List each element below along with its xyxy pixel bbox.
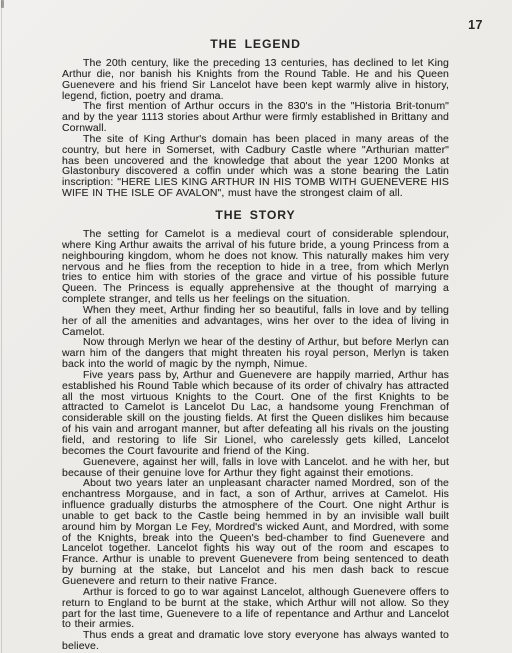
scan-speck-artifact <box>1 0 4 8</box>
section-title-story: THE STORY <box>62 208 449 222</box>
scanned-book-page: 17 THE LEGEND The 20th century, like the… <box>0 0 512 653</box>
story-paragraph-4: Five years pass by, Arthur and Guenevere… <box>62 370 449 457</box>
story-paragraph-2: When they meet, Arthur finding her so be… <box>62 305 449 338</box>
legend-paragraph-2: The first mention of Arthur occurs in th… <box>62 101 449 134</box>
story-paragraph-7: Arthur is forced to go to war against La… <box>62 587 449 630</box>
page-content: THE LEGEND The 20th century, like the pr… <box>62 37 449 652</box>
story-paragraph-5: Guenevere, against her will, falls in lo… <box>62 457 449 479</box>
story-paragraph-3: Now through Merlyn we hear of the destin… <box>62 337 449 370</box>
story-paragraph-1: The setting for Camelot is a medieval co… <box>62 229 449 305</box>
section-the-legend: THE LEGEND The 20th century, like the pr… <box>62 37 449 199</box>
section-title-legend: THE LEGEND <box>62 37 449 51</box>
section-the-story: THE STORY The setting for Camelot is a m… <box>62 208 449 652</box>
legend-paragraph-3: The site of King Arthur's domain has bee… <box>62 134 449 199</box>
page-number: 17 <box>468 18 483 32</box>
story-paragraph-8: Thus ends a great and dramatic love stor… <box>62 630 449 652</box>
story-paragraph-6: About two years later an unpleasant char… <box>62 478 449 586</box>
legend-paragraph-1: The 20th century, like the preceding 13 … <box>62 58 449 101</box>
scan-edge-artifact <box>1 0 2 653</box>
